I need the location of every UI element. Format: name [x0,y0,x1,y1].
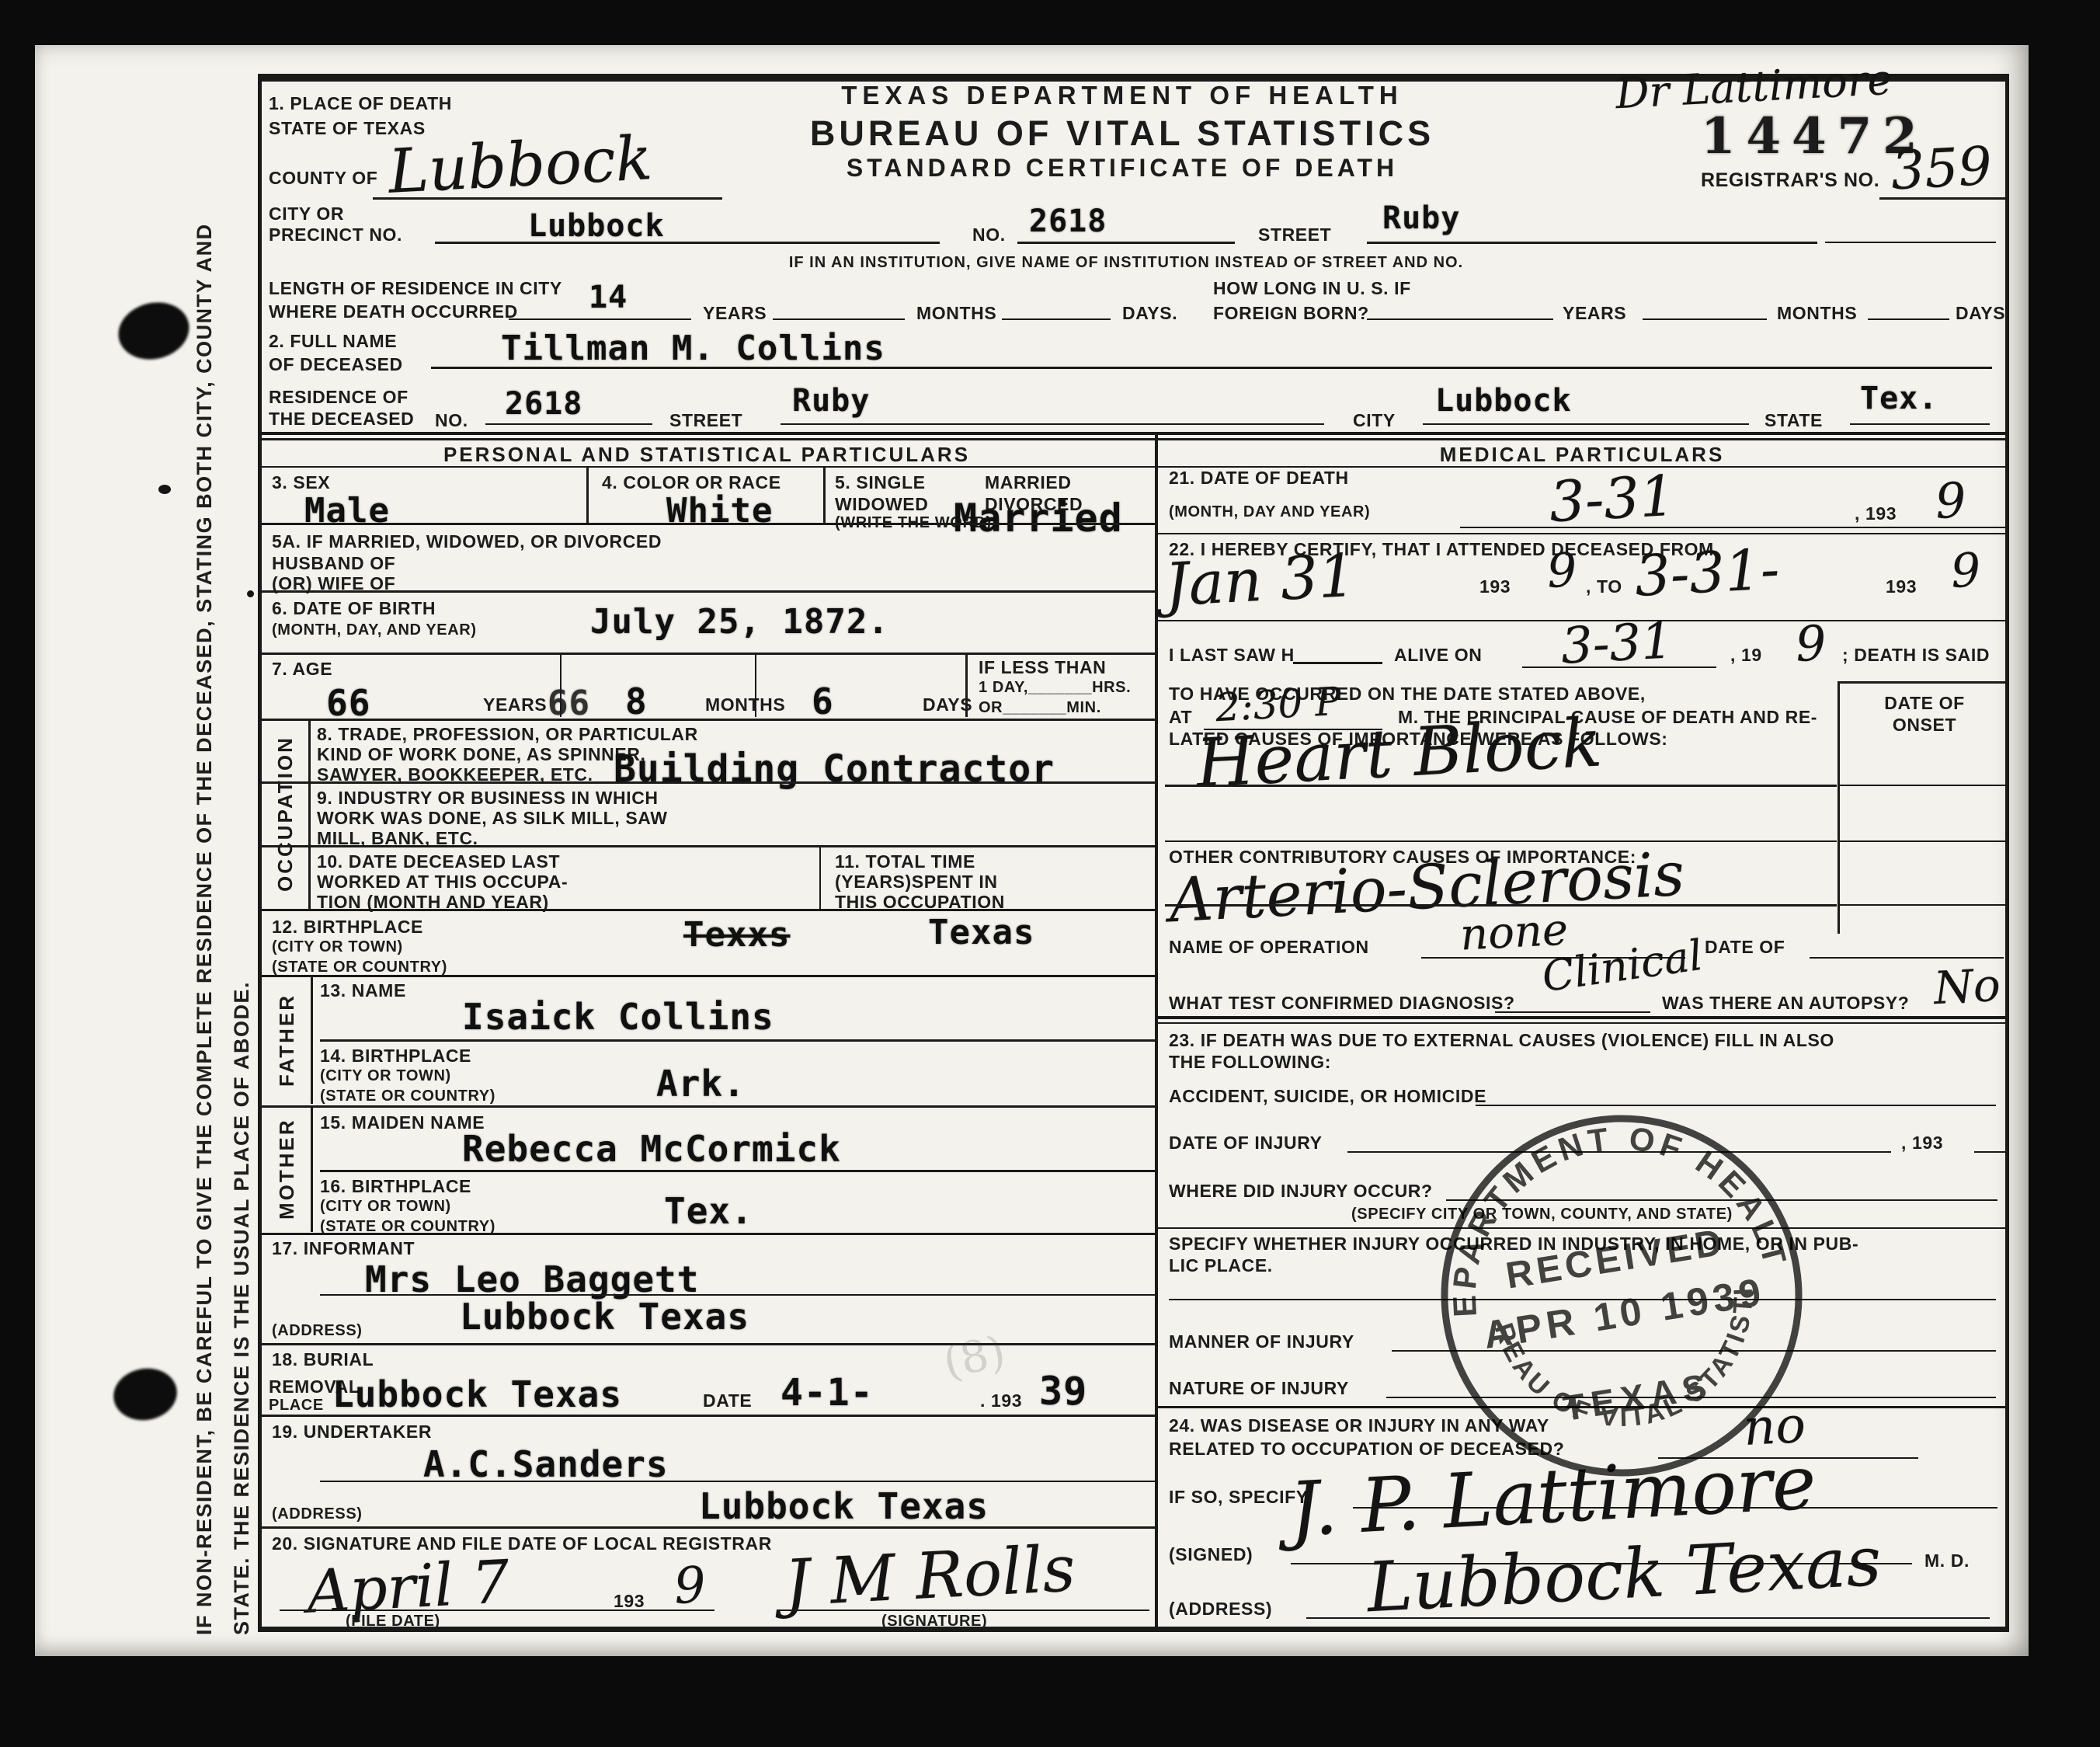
lastsaw-label3: ; DEATH IS SAID [1842,645,1990,666]
s5a-line1: 5A. IF MARRIED, WIDOWED, OR DIVORCED [272,531,662,552]
rule [280,1610,714,1611]
days-label: DAYS. [1122,303,1177,324]
cell-divider [560,655,562,717]
res-city-typed: Lubbock [1435,383,1572,419]
rule [773,318,905,320]
house-no-typed: 2618 [1029,204,1107,239]
file-date-label: (FILE DATE) [346,1613,440,1630]
s20-year-printed: 193 [614,1591,645,1612]
rule [258,466,2009,468]
res-state-label: STATE [1764,410,1823,431]
specify-line2: LIC PLACE. [1169,1255,1273,1276]
rule [1850,423,1990,425]
cell-divider [755,655,756,717]
onset-box-top [1837,681,2007,684]
rule [258,653,1155,655]
institution-note: IF IN AN INSTITUTION, GIVE NAME OF INSTI… [789,254,1463,272]
nature-label: NATURE OF INJURY [1169,1378,1349,1399]
personal-section-title: PERSONAL AND STATISTICAL PARTICULARS [443,443,970,467]
s17-address-label: (ADDRESS) [272,1322,363,1340]
us-residence-label2: FOREIGN BORN? [1213,303,1369,324]
rule [258,432,2009,435]
rule [1879,197,2007,200]
street-value-typed: Ruby [1382,200,1460,236]
margin-instruction-2: STATE. THE RESIDENCE IS THE USUAL PLACE … [230,536,254,1635]
rule [777,1610,1149,1611]
dept-title-line1: TEXAS DEPARTMENT OF HEALTH [841,81,1403,110]
rule [435,242,940,244]
s19-label: 19. UNDERTAKER [272,1422,432,1442]
s10-line2: WORKED AT THIS OCCUPA- [317,872,568,893]
fullname-label2: OF DECEASED [269,354,403,375]
ifso-label: IF SO, SPECIFY [1169,1487,1309,1508]
s5a-line2: HUSBAND OF [272,553,395,574]
signed-label: (SIGNED) [1169,1544,1253,1565]
res-no-label: NO. [435,410,468,431]
rule [320,1039,1155,1042]
s21-sub-label: (MONTH, DAY AND YEAR) [1169,503,1370,521]
age-months-typed: 8 [625,680,648,722]
father-name-typed: Isaick Collins [462,996,774,1038]
fullname-value-typed: Tillman M. Collins [501,329,885,368]
residence-length-label1: LENGTH OF RESIDENCE IN CITY [269,278,562,299]
scan-edge-bottom [0,1656,2100,1747]
s15-label: 15. MAIDEN NAME [320,1112,485,1133]
s22-to-label: , TO [1586,576,1622,597]
undertaker-address-typed: Lubbock Texas [699,1485,989,1527]
rule [1495,1011,1650,1013]
group-divider [308,719,311,909]
marital-label-2a: WIDOWED [835,494,928,515]
age-months-label: MONTHS [705,694,785,715]
s11-line2: (YEARS)SPENT IN [835,872,998,893]
s22-year1-printed: 193 [1479,576,1511,597]
s18-place-label: PLACE [269,1397,324,1415]
rule [1156,1022,2007,1024]
registrar-signature-handwritten: J M Rolls [783,1532,1077,1620]
column-divider [1155,432,1158,1632]
onset-box-left [1837,681,1840,934]
scanned-death-certificate: IF NON-RESIDENT, BE CAREFUL TO GIVE THE … [0,0,2100,1747]
rule [431,367,1992,369]
s20-year-handwritten: 9 [673,1557,708,1616]
residence-length-value-typed: 14 [589,280,628,315]
operation-label: NAME OF OPERATION [1169,937,1369,958]
registrar-no-value-handwritten: 359 [1890,136,1994,203]
res-city-label: CITY [1353,410,1396,431]
rule [1837,840,2007,842]
mother-birthplace-typed: Tex. [664,1190,753,1232]
marital-label-1a: 5. SINGLE [835,472,926,493]
mother-name-typed: Rebecca McCormick [462,1128,841,1170]
city-value-typed: Lubbock [528,208,665,244]
rule [258,719,1155,721]
if-less-line3: OR_______MIN. [979,699,1101,717]
s12-sub1: (CITY OR TOWN) [272,938,403,956]
s23-line1: 23. IF DEATH WAS DUE TO EXTERNAL CAUSES … [1169,1030,1834,1051]
group-divider [311,975,313,1104]
attended-to-handwritten: 3-31- [1633,536,1781,609]
res-state-typed: Tex. [1860,381,1938,416]
s10-line1: 10. DATE DECEASED LAST [317,851,560,872]
rule [258,781,1155,784]
group-divider [311,1105,313,1232]
test-label: WHAT TEST CONFIRMED DIAGNOSIS? [1169,993,1515,1014]
father-vertical-label: FATHER [275,981,299,1099]
medical-section-title: MEDICAL PARTICULARS [1440,443,1725,467]
rule [1165,785,1837,787]
sex-label: 3. SEX [272,472,330,493]
months-label: MONTHS [916,303,996,324]
rule [320,1170,1155,1172]
years-label: YEARS [703,303,767,324]
s18-label: 18. BURIAL [272,1349,374,1370]
residence-length-label2: WHERE DEATH OCCURRED [269,301,518,322]
undertaker-typed: A.C.Sanders [423,1443,669,1485]
s11-line1: 11. TOTAL TIME [835,851,975,872]
s21-label: 21. DATE OF DEATH [1169,468,1349,489]
county-label: COUNTY OF [269,168,377,189]
form-border-left [258,74,262,1632]
rule [1522,666,1716,668]
rule [1837,904,2007,906]
dept-title-line3: STANDARD CERTIFICATE OF DEATH [847,154,1398,183]
s16-sub1: (CITY OR TOWN) [320,1198,451,1216]
form-border-right [2005,74,2009,1632]
rule [781,423,1324,425]
occurred-at-label: AT [1169,707,1192,728]
us-residence-label1: HOW LONG IN U. S. IF [1213,278,1411,299]
s8-line2: KIND OF WORK DONE, AS SPINNER, [317,744,646,765]
father-birthplace-typed: Ark. [656,1063,746,1105]
s20-label: 20. SIGNATURE AND FILE DATE OF LOCAL REG… [272,1533,772,1554]
precinct-no-label: PRECINCT NO. [269,224,402,245]
attended-from-handwritten: Jan 31 [1163,541,1358,620]
dob-sub-label: (MONTH, DAY, AND YEAR) [272,621,477,639]
s22-year2-handwritten: 9 [1949,543,1982,599]
burial-place-typed: Lubbock Texas [332,1373,622,1415]
rule [373,197,722,200]
s17-label: 17. INFORMANT [272,1238,415,1259]
dob-label: 6. DATE OF BIRTH [272,598,436,619]
burial-date-typed: 4-1- [781,1371,874,1415]
operation-date-label: DATE OF [1705,937,1785,958]
autopsy-label: WAS THERE AN AUTOPSY? [1662,993,1909,1014]
death-date-handwritten: 3-31 [1548,463,1677,534]
age-days-typed: 6 [812,680,834,722]
s21-year-handwritten: 9 [1934,472,1967,530]
cell-divider [586,466,589,523]
s8-line1: 8. TRADE, PROFESSION, OR PARTICULAR [317,724,698,745]
residence-label1: RESIDENCE OF [269,387,409,408]
place-of-death-label: 1. PLACE OF DEATH [269,93,452,114]
signature-label: (SIGNATURE) [881,1613,987,1630]
rule [1165,840,1837,842]
ink-speck [158,485,171,494]
accident-label: ACCIDENT, SUICIDE, OR HOMICIDE [1169,1086,1486,1107]
birthplace-struck-typed: Texxs [683,915,790,955]
rule [1002,318,1111,320]
scan-edge-right [2029,0,2100,1747]
rule [1156,1016,2007,1019]
rule [485,423,652,425]
rule [1643,318,1767,320]
rule [258,975,1155,977]
s9-line1: 9. INDUSTRY OR BUSINESS IN WHICH [317,788,659,809]
marital-value-typed: Married [954,496,1123,541]
no-label: NO. [972,224,1006,245]
rule [258,1105,1155,1108]
form-border-bottom [258,1627,2009,1632]
res-street-typed: Ruby [792,383,870,419]
received-stamp: DEPARTMENT OF HEALTH BUREAU OF VITAL STA… [1391,1065,1853,1527]
rule [258,1415,1155,1417]
rule [320,1481,1155,1482]
rule [258,590,1155,593]
age-years-typed: 66 [326,682,370,724]
rule [509,318,691,320]
rule [258,1343,1155,1345]
rule [1810,957,2004,959]
rule [1825,242,1996,243]
county-value-handwritten: Lubbock [387,124,654,207]
mother-vertical-label: MOTHER [275,1112,299,1225]
cell-divider [823,466,826,523]
where-injury-label: WHERE DID INJURY OCCUR? [1169,1181,1433,1202]
residence-label2: THE DECEASED [269,409,414,430]
if-less-line2: 1 DAY,_______HRS. [979,679,1131,697]
s21-year-printed: , 193 [1855,503,1897,524]
rule [1868,318,1949,320]
md-label: M. D. [1924,1550,1970,1571]
res-street-label: STREET [669,410,742,431]
age-label: 7. AGE [272,659,332,680]
lastsaw-year-printed: , 19 [1730,645,1762,666]
rule [258,523,1155,525]
age-years-label: YEARS [483,694,547,715]
lastsaw-label2: ALIVE ON [1394,645,1482,666]
rule [258,438,2009,440]
rule [258,845,1155,847]
lastsaw-label1: I LAST SAW H [1169,645,1295,666]
burial-year-typed: 39 [1039,1369,1087,1414]
cell-divider [819,845,821,909]
rule [1460,527,2008,528]
rule [1306,1617,1990,1619]
us-days-label: DAYS [1956,303,2005,324]
s12-label: 12. BIRTHPLACE [272,917,423,938]
city-or-label: CITY OR [269,204,344,224]
birthplace-value-typed: Texas [928,913,1034,952]
rule [1423,423,1749,425]
marital-label-1b: MARRIED [985,472,1072,493]
autopsy-value-handwritten: No [1932,959,2001,1014]
res-no-typed: 2618 [505,386,582,422]
rule [258,909,1155,911]
s22-year1-handwritten: 9 [1545,543,1578,599]
injury-date-label: DATE OF INJURY [1169,1133,1323,1154]
age-stray-typed: 66 [548,684,590,723]
rule [258,1233,1155,1235]
occupation-vertical-label: OCCUPATION [273,726,297,902]
us-years-label: YEARS [1563,303,1626,324]
onset-label1: DATE OF [1884,693,1964,714]
informant-address-typed: Lubbock Texas [460,1296,749,1338]
manner-label: MANNER OF INJURY [1169,1331,1354,1352]
trade-value-typed: Building Contractor [614,747,1055,791]
rule [1293,662,1382,664]
s14-sub2: (STATE OR COUNTRY) [320,1088,495,1105]
s22-year2-printed: 193 [1886,576,1917,597]
rule [1165,904,1837,907]
street-label: STREET [1258,224,1331,245]
s14-sub1: (CITY OR TOWN) [320,1067,451,1085]
registrar-no-label: REGISTRAR'S NO. [1701,169,1879,192]
s19-address-label: (ADDRESS) [272,1505,363,1523]
rule [1017,242,1235,244]
injury-date-year: , 193 [1901,1133,1943,1154]
rule [258,1526,1155,1529]
onset-label2: ONSET [1893,715,1956,736]
margin-instruction-1: IF NON-RESIDENT, BE CAREFUL TO GIVE THE … [193,101,217,1635]
s18-year-printed: . 193 [980,1390,1022,1411]
dept-title-line2: BUREAU OF VITAL STATISTICS [810,113,1434,154]
lastsaw-year-handwritten: 9 [1794,614,1827,673]
rule [1974,1151,2005,1153]
s18-date-label: DATE [703,1390,752,1411]
s12-sub2: (STATE OR COUNTRY) [272,959,447,976]
s14-label: 14. BIRTHPLACE [320,1046,471,1067]
s9-line2: WORK WAS DONE, AS SILK MILL, SAW [317,808,668,829]
fullname-label1: 2. FULL NAME [269,331,397,352]
rule [1156,533,2007,534]
s13-label: 13. NAME [320,980,406,1001]
s16-label: 16. BIRTHPLACE [320,1176,471,1197]
cell-divider [965,655,968,717]
if-less-line1: IF LESS THAN [979,657,1106,678]
address-label: (ADDRESS) [1169,1599,1272,1620]
s23-line2: THE FOLLOWING: [1169,1052,1331,1073]
dob-value-typed: July 25, 1872. [590,602,889,642]
race-label: 4. COLOR OR RACE [602,472,781,493]
rule [1367,242,1817,244]
rule [1837,785,2007,786]
us-months-label: MONTHS [1777,303,1857,324]
rule [1367,318,1553,320]
scan-edge-top [0,0,2100,45]
